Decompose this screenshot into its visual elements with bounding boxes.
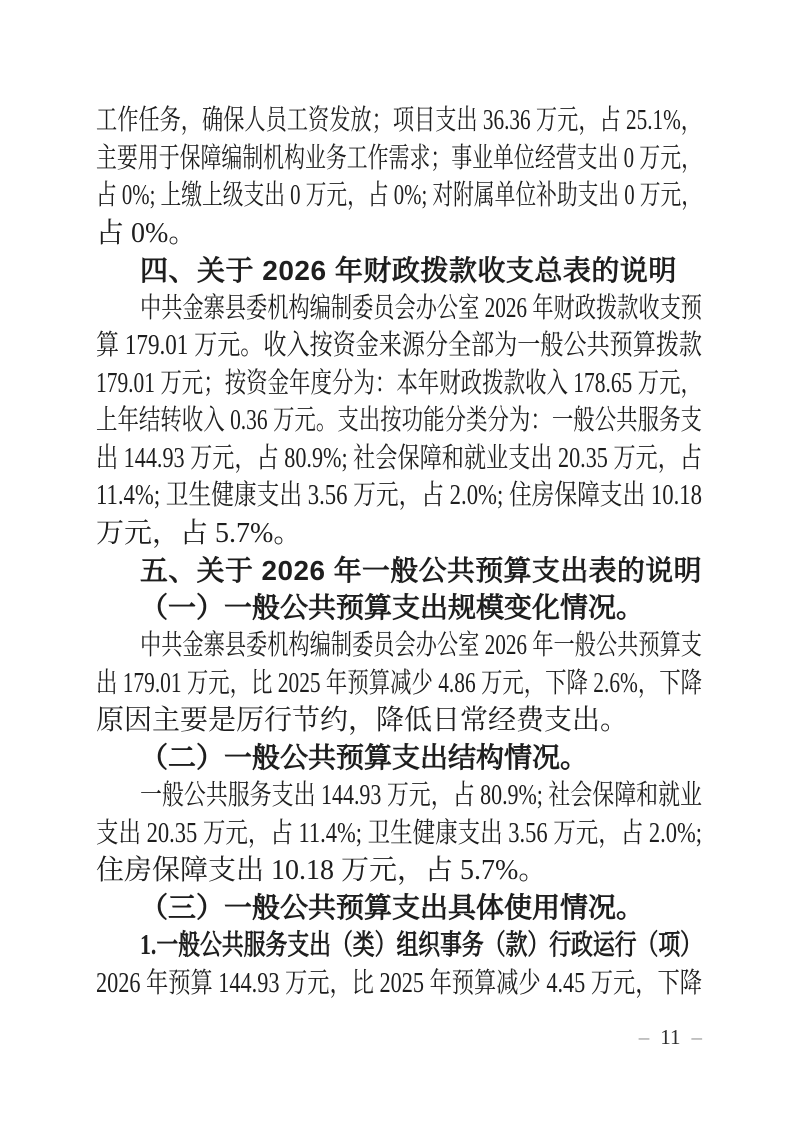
page-number-right-dash: – [692,1025,703,1049]
section-heading-5: 五、关于 2026 年一般公共预算支出表的说明 [96,552,702,590]
page-number-left-dash: – [639,1025,650,1049]
text-line-content: 原因主要是厉行节约，降低日常经费支出。 [96,702,628,740]
text-line-content: 算 179.01 万元。收入按资金来源分全部为一般公共预算拨款 [96,327,702,365]
text-line: 179.01 万元；按资金年度分为：本年财政拨款收入 178.65 万元， [96,365,702,403]
text-line-content: 主要用于保障编制机构业务工作需求；事业单位经营支出 0 万元， [96,140,702,178]
page-number-footer: –11– [96,1024,702,1050]
text-line: 一般公共服务支出 144.93 万元，占 80.9%; 社会保障和就业 [96,777,702,815]
text-line-content: 出 179.01 万元，比 2025 年预算减少 4.86 万元，下降 2.6%… [96,665,702,703]
text-line: 出 144.93 万元，占 80.9%; 社会保障和就业支出 20.35 万元，… [96,440,702,478]
item-heading-1: 1.一般公共服务支出（类）组织事务（款）行政运行（项） [96,927,702,965]
page-number: 11 [660,1025,680,1049]
text-line: 原因主要是厉行节约，降低日常经费支出。 [96,702,702,740]
text-line: 2026 年预算 144.93 万元，比 2025 年预算减少 4.45 万元，… [96,965,702,1003]
subsection-heading-5-2: （二）一般公共预算支出结构情况。 [96,740,702,778]
text-line: 出 179.01 万元，比 2025 年预算减少 4.86 万元，下降 2.6%… [96,665,702,703]
text-line-content: 住房保障支出 10.18 万元，占 5.7%。 [96,852,546,890]
subsection-heading-5-3: （三）一般公共预算支出具体使用情况。 [96,890,702,928]
document-page: 工作任务，确保人员工资发放；项目支出 36.36 万元，占 25.1%， 主要用… [0,0,793,1122]
text-line-content: 2026 年预算 144.93 万元，比 2025 年预算减少 4.45 万元，… [96,965,702,1003]
item-heading-text: 1.一般公共服务支出（类）组织事务（款）行政运行（项） [140,927,702,965]
subsection-heading-5-1: （一）一般公共预算支出规模变化情况。 [96,590,702,628]
text-line: 上年结转收入 0.36 万元。支出按功能分类分为：一般公共服务支 [96,402,702,440]
section-heading-4: 四、关于 2026 年财政拨款收支总表的说明 [96,252,702,290]
text-line-content: 支出 20.35 万元，占 11.4%; 卫生健康支出 3.56 万元，占 2.… [96,815,702,853]
text-line: 中共金寨县委机构编制委员会办公室 2026 年一般公共预算支 [96,627,702,665]
text-line-content: 占 0%。 [96,215,196,253]
text-line: 住房保障支出 10.18 万元，占 5.7%。 [96,852,702,890]
text-line-content: 上年结转收入 0.36 万元。支出按功能分类分为：一般公共服务支 [96,402,702,440]
page-body-text: 工作任务，确保人员工资发放；项目支出 36.36 万元，占 25.1%， 主要用… [96,102,702,1002]
text-line: 主要用于保障编制机构业务工作需求；事业单位经营支出 0 万元， [96,140,702,178]
text-line-content: 出 144.93 万元，占 80.9%; 社会保障和就业支出 20.35 万元，… [96,440,702,478]
text-line: 占 0%。 [96,215,702,253]
text-line: 算 179.01 万元。收入按资金来源分全部为一般公共预算拨款 [96,327,702,365]
text-line-content: 11.4%; 卫生健康支出 3.56 万元，占 2.0%; 住房保障支出 10.… [96,477,702,515]
text-line: 占 0%; 上缴上级支出 0 万元，占 0%; 对附属单位补助支出 0 万元， [96,177,702,215]
text-line: 万元，占 5.7%。 [96,515,702,553]
text-line-content: 中共金寨县委机构编制委员会办公室 2026 年财政拨款收支预 [140,290,702,328]
text-line: 中共金寨县委机构编制委员会办公室 2026 年财政拨款收支预 [96,290,702,328]
section-heading-text: 五、关于 2026 年一般公共预算支出表的说明 [140,552,702,590]
subsection-heading-text: （二）一般公共预算支出结构情况。 [140,740,588,778]
text-line-content: 工作任务，确保人员工资发放；项目支出 36.36 万元，占 25.1%， [96,102,702,140]
text-line: 支出 20.35 万元，占 11.4%; 卫生健康支出 3.56 万元，占 2.… [96,815,702,853]
text-line-content: 万元，占 5.7%。 [96,515,301,553]
text-line-content: 中共金寨县委机构编制委员会办公室 2026 年一般公共预算支 [140,627,702,665]
text-line: 工作任务，确保人员工资发放；项目支出 36.36 万元，占 25.1%， [96,102,702,140]
text-line-content: 一般公共服务支出 144.93 万元，占 80.9%; 社会保障和就业 [140,777,702,815]
section-heading-text: 四、关于 2026 年财政拨款收支总表的说明 [140,252,677,290]
subsection-heading-text: （三）一般公共预算支出具体使用情况。 [140,890,644,928]
text-line-content: 占 0%; 上缴上级支出 0 万元，占 0%; 对附属单位补助支出 0 万元， [96,177,702,215]
subsection-heading-text: （一）一般公共预算支出规模变化情况。 [140,590,644,628]
text-line: 11.4%; 卫生健康支出 3.56 万元，占 2.0%; 住房保障支出 10.… [96,477,702,515]
text-line-content: 179.01 万元；按资金年度分为：本年财政拨款收入 178.65 万元， [96,365,702,403]
